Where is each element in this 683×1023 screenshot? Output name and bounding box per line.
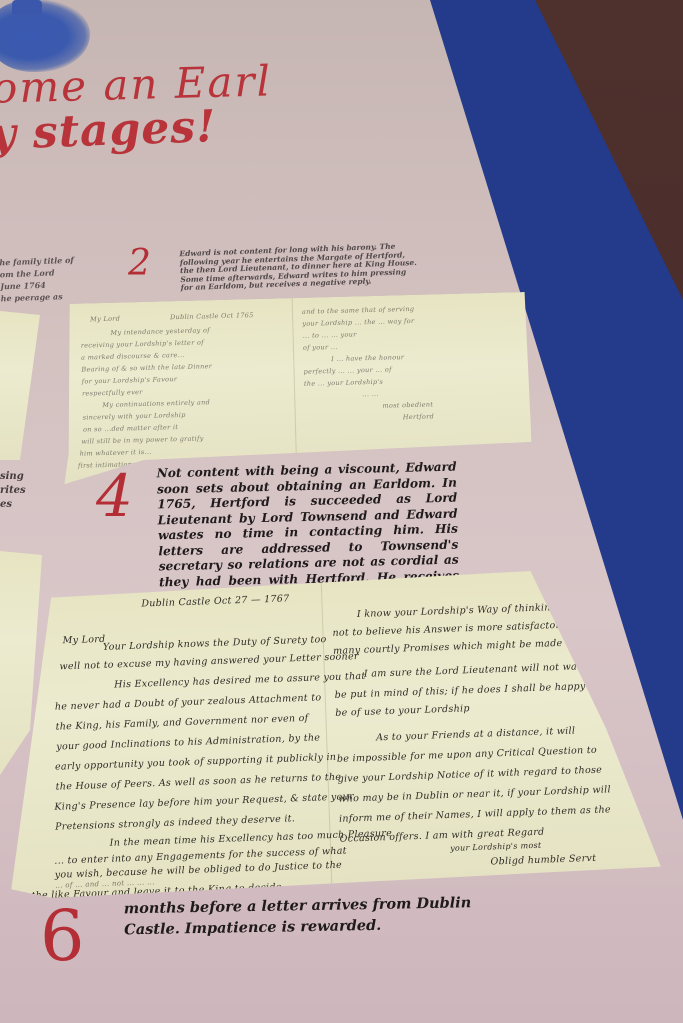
letter-line: Obligd humble Servt — [490, 853, 596, 868]
letter-signature: Hertford — [403, 412, 434, 421]
letter-line: My Lord — [62, 634, 105, 646]
letter-line: him whatever it is... — [80, 448, 152, 458]
letter-line: respectfully ever — [82, 388, 143, 398]
letter-line: a marked discourse & care... — [81, 351, 185, 362]
letter-line: many courtly Promises which might be mad… — [333, 638, 563, 657]
side-text-line: he peerage as — [0, 290, 80, 305]
side-text-left: sing rites es — [0, 470, 40, 512]
letter-line: most obedient — [382, 400, 433, 409]
letter-line: Pretensions strongly as indeed they dese… — [55, 813, 295, 832]
letter-line: perfectly ... ... your ... of — [303, 365, 391, 375]
photo-scene: ome an Earl y stages! he family title of… — [0, 0, 683, 1023]
letter-line: not to believe his Answer is more satisf… — [332, 619, 592, 639]
letter-line: for your Lordship's Favour — [82, 375, 178, 385]
letter-line: sincerely with your Lordship — [83, 411, 186, 422]
side-text-line: sing — [0, 470, 40, 484]
section-number-6: 6 — [40, 895, 85, 977]
fold-line — [292, 298, 298, 478]
letter-line: be put in mind of this; if he does I sha… — [334, 681, 599, 701]
letter-line: give your Lordship Notice of it with reg… — [337, 765, 602, 785]
letter-line: ... to ... ... your — [303, 330, 357, 339]
letter-line: your Lordship's most — [450, 841, 542, 853]
section-number-2: 2 — [128, 243, 151, 284]
panel-title-line-2: y stages! — [0, 101, 217, 160]
letter-line: the House of Peers. As well as soon as h… — [56, 772, 342, 793]
letter-line: I ... have the honour — [331, 353, 404, 363]
letter-line: His Excellency has desired me to assure … — [114, 671, 366, 691]
side-text-line: rites — [0, 484, 40, 498]
fold-line — [321, 578, 333, 888]
letter-line: My continuations entirely and — [102, 398, 210, 409]
letter-line: Your Lordship knows the Duty of Surety t… — [103, 634, 327, 653]
letter-line: ... ... — [362, 390, 379, 398]
letter-line: receiving your Lordship's letter of — [81, 338, 204, 349]
letter-line: I am sure the Lord Lieutenant will not w… — [364, 661, 601, 680]
letter-line: King's Presence lay before him your Requ… — [54, 791, 354, 812]
letter-line: the ... your Lordship's — [304, 378, 383, 388]
letter-line: who may be in Dublin or near it, if your… — [338, 784, 611, 805]
letter-line: will still be in my power to gratify — [81, 434, 204, 445]
section-text-2: Edward is not content for long with his … — [179, 242, 420, 293]
letter-line: the King, his Family, and Government nor… — [55, 713, 308, 733]
letter-line: inform me of their Names, I will apply t… — [339, 804, 611, 824]
letter-line: early opportunity you took of supporting… — [55, 752, 337, 773]
letter-line: and to the same that of serving — [302, 305, 414, 316]
letter-line: My intendance yesterday of — [110, 326, 210, 337]
letter-line: be of use to your Lordship — [335, 703, 470, 719]
letter-line: My Lord — [90, 315, 120, 324]
section-text-6: months before a letter arrives from Dubl… — [124, 892, 505, 941]
letter-line: be impossible for me upon any Critical Q… — [337, 745, 597, 765]
letter-line: Dublin Castle Oct 1765 — [170, 311, 254, 321]
letter-line: well not to excuse my having answered yo… — [59, 651, 359, 672]
crown-icon — [12, 0, 42, 14]
letter-line: of your ... — [303, 343, 338, 352]
letter-line: he never had a Doubt of your zealous Att… — [55, 692, 322, 712]
letter-line: As to your Friends at a distance, it wil… — [376, 725, 575, 743]
letter-line: on so ...ded matter after it — [83, 423, 178, 433]
letter-line: your Lordship ... the ... way for — [302, 317, 414, 328]
letter-line: Bearing of & so with the late Dinner — [81, 362, 212, 373]
side-text-top: he family title of om the Lord June 1764… — [0, 254, 81, 305]
side-text-line: es — [0, 498, 40, 512]
letter-line: your good Inclinations to his Administra… — [56, 732, 320, 752]
letter-dateline: Dublin Castle Oct 27 — 1767 — [141, 593, 289, 609]
